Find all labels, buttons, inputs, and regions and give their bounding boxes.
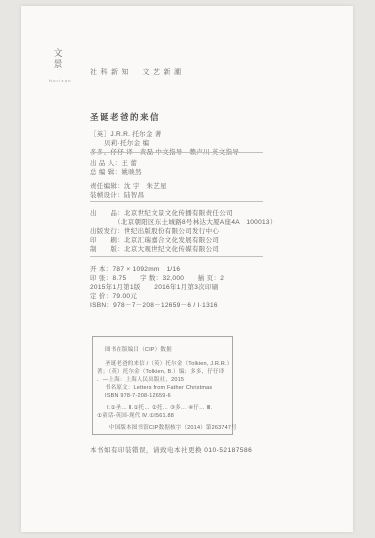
- cip-original-title-line: 书名原文：Letters from Father Christmas: [97, 384, 228, 392]
- distributor-line: 出版发行：世纪出版股份有限公司发行中心: [90, 227, 277, 236]
- producer-company-line: 出 品：北京世纪文景文化传播有限责任公司: [90, 209, 277, 218]
- byline-editor: 贝莉·托尔金 编: [90, 139, 239, 148]
- title-block: 圣诞老爸的来信 ［英］J.R.R. 托尔金 著 贝莉·托尔金 编 多多、仔仔 译…: [90, 111, 239, 157]
- producer-address-line: （北京朝阳区东土城路8号林达大厦A座4A 100013）: [90, 218, 277, 227]
- cip-entry-line-3: ．—上海：上海人民出版社，2015: [97, 376, 228, 384]
- publisher-logo: 文 景 Horizon: [49, 48, 67, 85]
- misprint-notice: 本书如有印装错误，请致电本社更换 010-52187586: [90, 445, 252, 454]
- divider-rule-3: [90, 256, 263, 257]
- platemaker-line: 制 版：北京大观世纪文化传媒有限公司: [90, 245, 277, 254]
- publishing-block: 出 品：北京世纪文景文化传播有限责任公司 （北京朝阳区东土城路8号林达大厦A座4…: [90, 209, 277, 254]
- divider-rule-2: [90, 201, 263, 202]
- designer-line: 装帧设计：陆智昌: [90, 191, 167, 200]
- cip-data-box: 图书在版编目（CIP）数据 圣诞老爸的来信 /（英）托尔金（Tolkien, J…: [92, 336, 233, 435]
- cip-header: 图书在版编目（CIP）数据: [97, 346, 228, 354]
- book-copyright-page: 文 景 Horizon 社科新知 文艺新潮 圣诞老爸的来信 ［英］J.R.R. …: [21, 6, 353, 532]
- cip-registration-line: 中国版本图书馆CIP数据核字（2014）第263747号: [97, 424, 228, 432]
- publisher-slogan: 社科新知 文艺新潮: [90, 67, 185, 77]
- price-line: 定 价：79.00元: [90, 292, 224, 301]
- staff-block-1: 出 品 人：王 蕾 总 编 辑：姚映然: [90, 159, 142, 177]
- edition-line: 2015年1月第1版 2016年1月第3次印刷: [90, 283, 224, 292]
- cip-entry-line-2: 著；（英）托尔金（Tolkien, B.）编；多多，仔仔译: [97, 368, 228, 376]
- cip-inner: 图书在版编目（CIP）数据 圣诞老爸的来信 /（英）托尔金（Tolkien, J…: [93, 337, 232, 432]
- publisher-logo-char-2: 景: [49, 59, 67, 70]
- staff-block-2: 责任编辑：沈 宇 朱艺星 装帧设计：陆智昌: [90, 182, 167, 200]
- printer-line: 印 刷：北京汇瑞嘉合文化发展有限公司: [90, 236, 277, 245]
- producer-line: 出 品 人：王 蕾: [90, 159, 142, 168]
- divider-rule-1: [90, 152, 263, 153]
- publisher-logo-char-1: 文: [49, 48, 67, 59]
- cip-isbn-line: ISBN 978-7-208-12659-6: [97, 392, 228, 400]
- chief-editor-line: 总 编 辑：姚映然: [90, 168, 142, 177]
- publisher-logo-latin: Horizon: [49, 79, 63, 84]
- print-specs-block: 开 本：787 × 1092mm 1/16 印 张：8.75 字 数：32,00…: [90, 265, 224, 310]
- scanned-colophon-page: { "brand": { "logo_char_1": "文", "logo_c…: [0, 0, 375, 538]
- byline-author: ［英］J.R.R. 托尔金 著: [90, 130, 239, 139]
- book-title: 圣诞老爸的来信: [90, 111, 239, 123]
- isbn-line: ISBN：978－7－208－12659－6 / I·1316: [90, 301, 224, 310]
- sheets-line: 印 张：8.75 字 数：32,000 插 页：2: [90, 274, 224, 283]
- format-line: 开 本：787 × 1092mm 1/16: [90, 265, 224, 274]
- cip-classification-line-1: Ⅰ.①圣… Ⅱ.①托… ②托… ③多… ④仔… Ⅲ.: [97, 404, 228, 412]
- exec-editors-line: 责任编辑：沈 宇 朱艺星: [90, 182, 167, 191]
- cip-entry-line-1: 圣诞老爸的来信 /（英）托尔金（Tolkien, J.R.R.）: [97, 360, 228, 368]
- cip-classification-line-2: ①童话-英国-现代 Ⅳ.①I561.88: [97, 412, 228, 420]
